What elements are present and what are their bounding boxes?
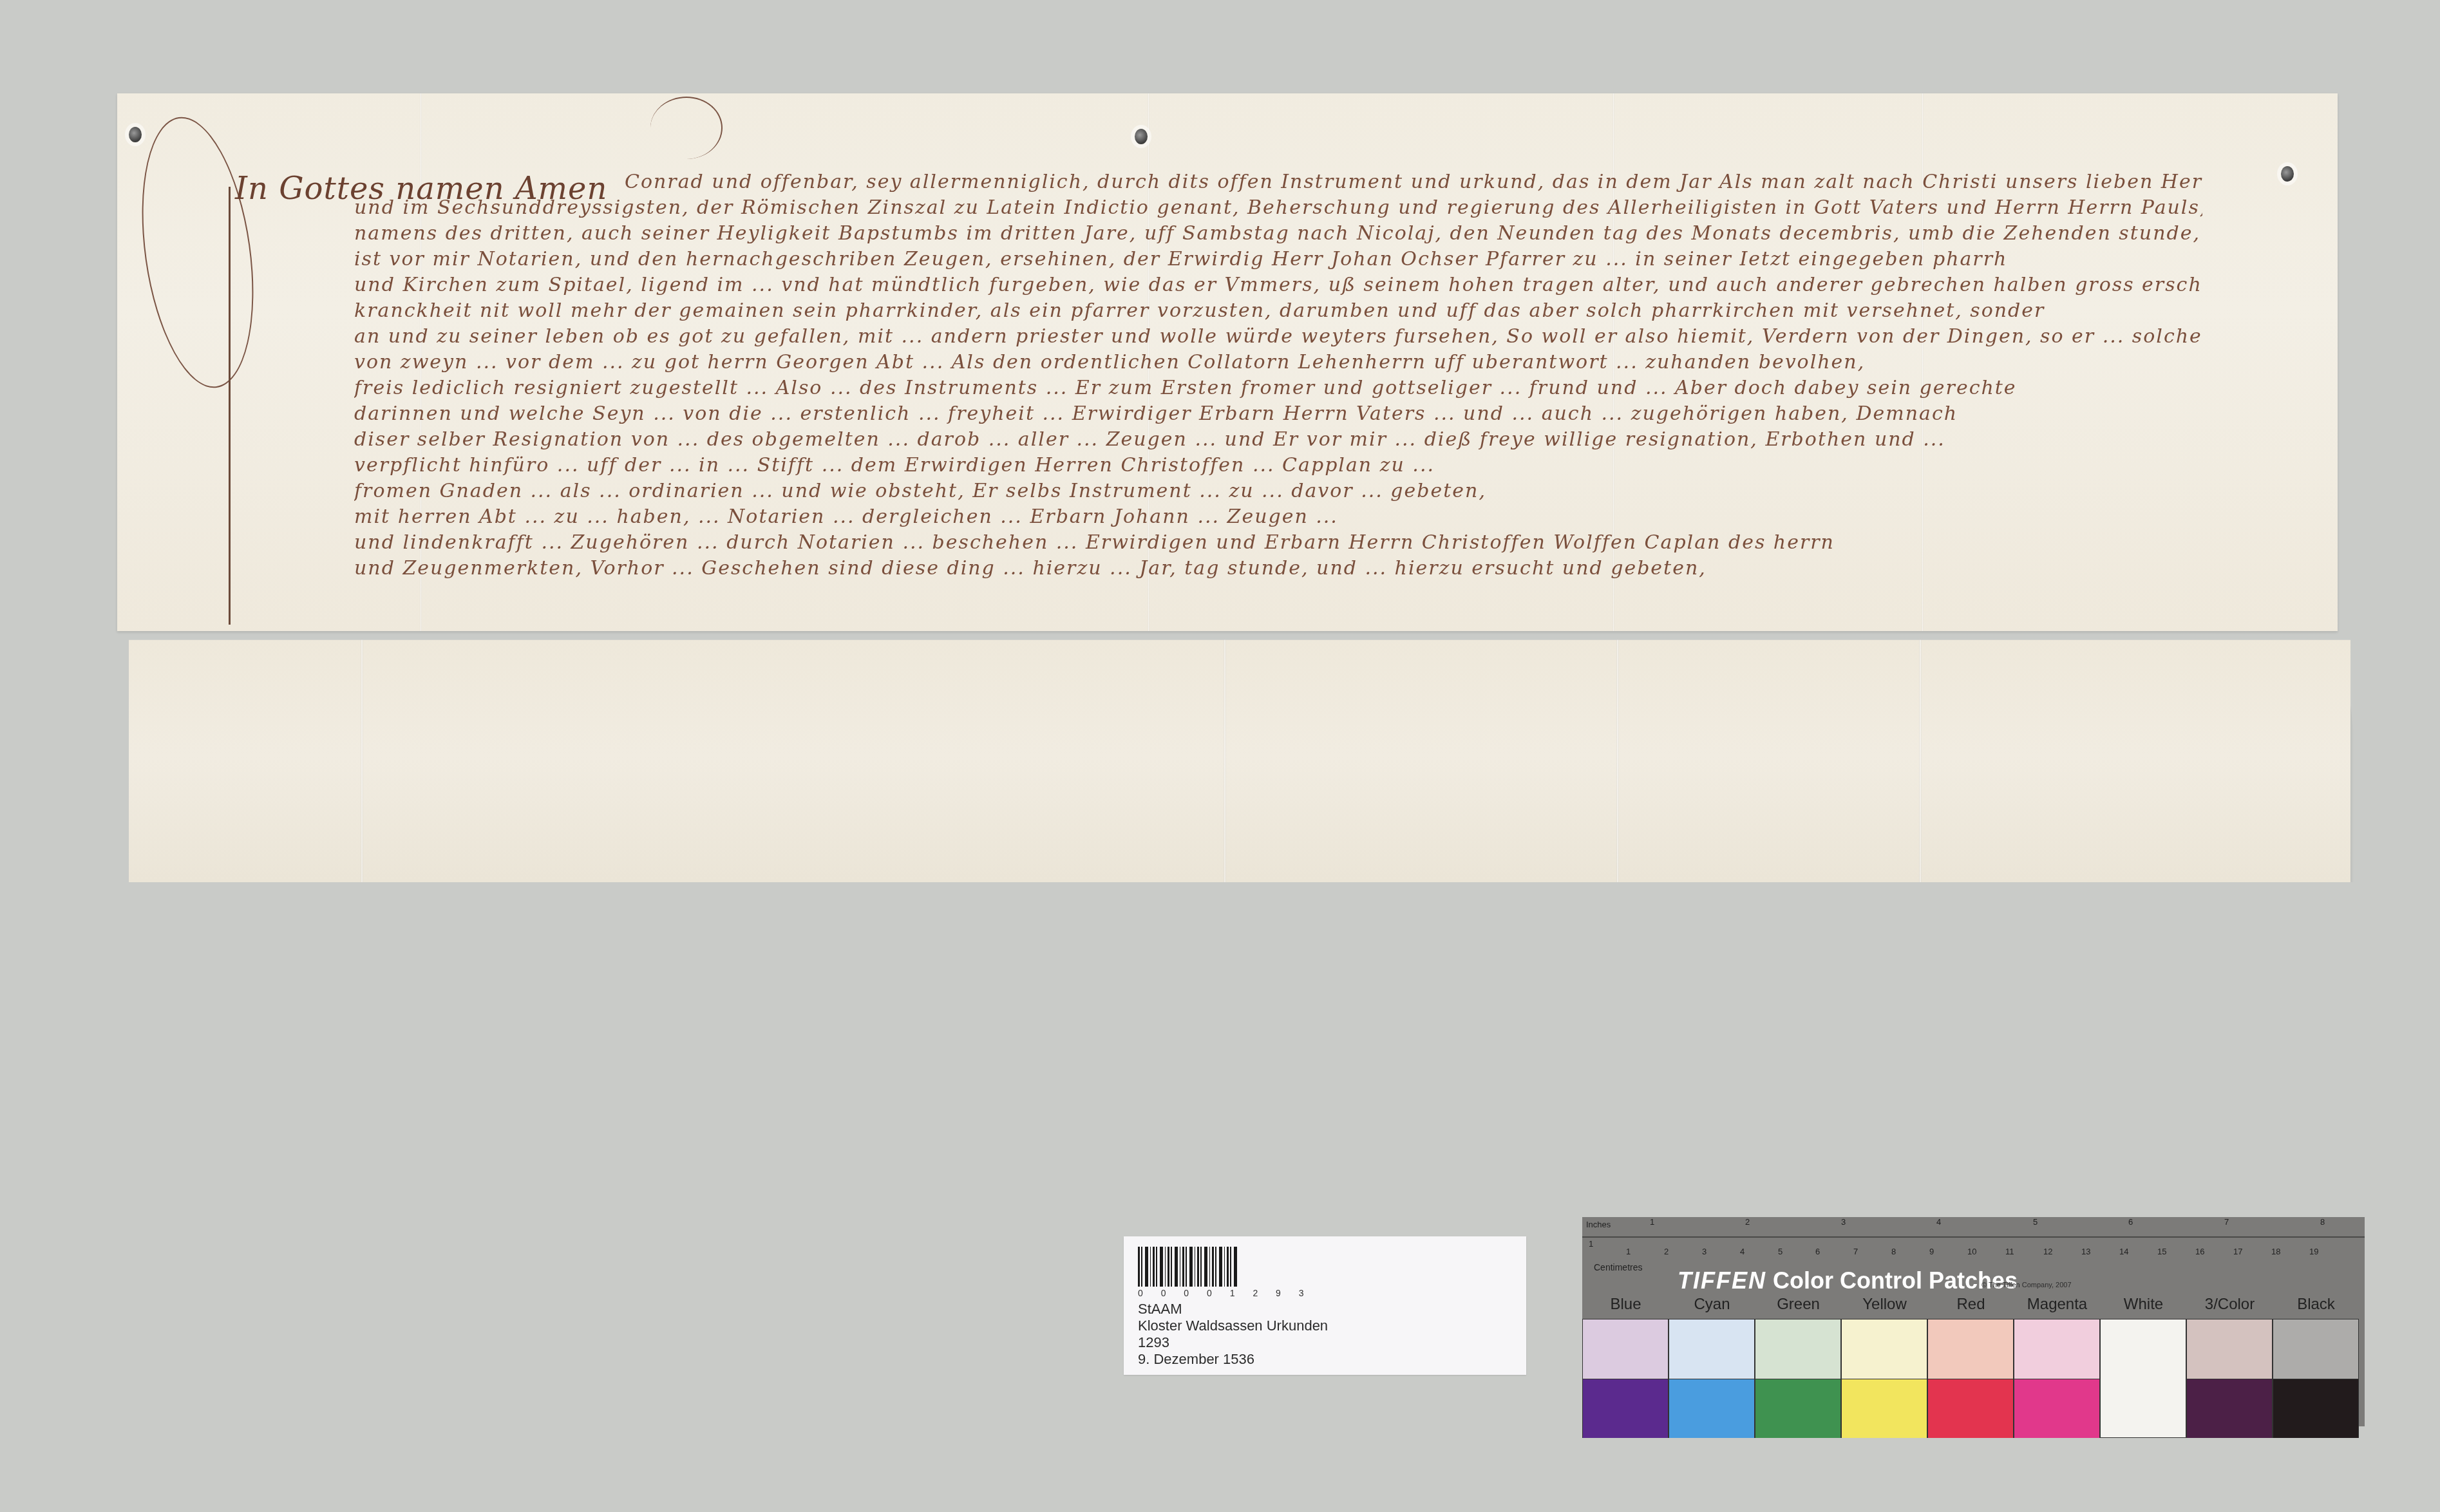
swatch-labels: Blue Cyan Green Yellow Red Magenta White… [1582,1296,2365,1318]
fold-crease [1616,630,1619,882]
cm-tick-label: 1 [1626,1247,1631,1256]
centimetre-ruler: 1 1 2 3 4 5 6 7 8 9 10 11 12 13 14 15 16… [1582,1238,2365,1260]
fold-crease [1919,630,1922,882]
cm-tick-label: 2 [1664,1247,1669,1256]
patch-saturated [1669,1379,1754,1439]
swatch-label: 3/Color [2186,1296,2273,1314]
patch-saturated [2101,1379,2186,1438]
cm-tick-label: 4 [1740,1247,1745,1256]
ruler-inches-label: Inches [1586,1220,1611,1229]
cm-tick-label: 13 [2081,1247,2090,1256]
copyright-text: © The Tiffen Company, 2007 [1981,1281,2072,1289]
script-line: diser selber Resignation von ... des obg… [354,428,2202,454]
cm-tick-label: 11 [2005,1247,2014,1256]
script-line: kranckheit nit woll mehr der gemainen se… [354,299,2202,325]
patch-light [1669,1319,1754,1379]
cm-tick-label: 12 [2043,1247,2052,1256]
swatch-label: Blue [1582,1296,1669,1314]
swatch-label: Magenta [2014,1296,2101,1314]
cm-tick-label: 8 [1891,1247,1896,1256]
swatch-label: Red [1927,1296,2014,1314]
mounting-grommet-icon [1135,129,1148,144]
patch-light [2101,1319,2186,1379]
patch-light [1928,1319,2013,1379]
inch-tick-label: 5 [2033,1217,2038,1227]
label-text: StAAM Kloster Waldsassen Urkunden 1293 9… [1138,1301,1328,1368]
patch-saturated [1842,1379,1927,1439]
color-patch-white [2100,1319,2186,1438]
cm-tick-label: 18 [2271,1247,2280,1256]
patch-saturated [2187,1379,2272,1439]
script-line: verpflicht hinfüro ... uff der ... in ..… [354,454,2202,480]
initial-flourish-icon [650,97,723,159]
patch-light [1842,1319,1927,1379]
charter-plica [129,630,2350,882]
document-date: 9. Dezember 1536 [1138,1351,1328,1368]
patch-light [2273,1319,2358,1379]
inch-tick-label: 4 [1936,1217,1941,1227]
script-line: mit herren Abt ... zu ... haben, ... Not… [354,506,2202,531]
script-line: namens des dritten, auch seiner Heyligke… [354,222,2202,248]
cm-tick-label: 19 [2309,1247,2318,1256]
barcode-number: 0 0 0 0 1 2 9 3 [1138,1288,1312,1298]
cm-tick-label: 6 [1815,1247,1820,1256]
fold-crease [361,630,363,882]
color-patch-black [2273,1319,2359,1438]
patch-saturated [1755,1379,1840,1439]
patch-light [1583,1319,1668,1379]
color-patch-yellow [1841,1319,1927,1438]
swatch-label: Green [1755,1296,1842,1314]
mounting-grommet-icon [2281,166,2294,182]
color-patch-blue [1582,1319,1669,1438]
cm-tick-label: 1 [1589,1239,1593,1249]
cm-tick-label: 3 [1702,1247,1707,1256]
chart-title-text: Color Control Patches [1773,1267,2018,1294]
charter-text-block: Conrad und offenbar, sey allermenniglich… [354,171,2202,583]
script-line: und Zeugenmerkten, Vorhor ... Geschehen … [354,557,2202,583]
cm-tick-label: 16 [2195,1247,2204,1256]
swatch-label: Black [2273,1296,2360,1314]
swatch-label: Cyan [1669,1296,1755,1314]
script-line: freis lediclich resigniert zugestellt ..… [354,377,2202,402]
mounting-grommet-icon [129,127,142,142]
collection-name: Kloster Waldsassen Urkunden [1138,1318,1328,1334]
swatch-label: Yellow [1841,1296,1928,1314]
patch-saturated [2273,1379,2358,1439]
script-line: und im Sechsunddreyssigsten, der Römisch… [354,196,2202,222]
inch-tick-label: 8 [2320,1217,2325,1227]
inch-tick-label: 7 [2224,1217,2229,1227]
color-patch-green [1755,1319,1841,1438]
cm-tick-label: 5 [1778,1247,1783,1256]
barcode-icon [1138,1247,1238,1287]
archive-name: StAAM [1138,1301,1328,1318]
fold-crease [1224,630,1226,882]
script-line: Conrad und offenbar, sey allermenniglich… [625,171,2202,196]
script-line: an und zu seiner leben ob es got zu gefa… [354,325,2202,351]
inch-tick-label: 1 [1650,1217,1654,1227]
archive-label: 0 0 0 0 1 2 9 3 StAAM Kloster Waldsassen… [1124,1236,1526,1375]
patch-light [1755,1319,1840,1379]
color-patch-magenta [2014,1319,2100,1438]
initial-letter-stem [229,187,340,625]
document-number: 1293 [1138,1334,1328,1351]
cm-tick-label: 15 [2157,1247,2166,1256]
cm-tick-label: 7 [1853,1247,1858,1256]
script-line: fromen Gnaden ... als ... ordinarien ...… [354,480,2202,506]
swatch-label: White [2100,1296,2187,1314]
brand-logo: TIFFEN [1678,1267,1766,1294]
inch-tick-label: 3 [1841,1217,1846,1227]
cm-tick-label: 14 [2119,1247,2128,1256]
cm-tick-label: 17 [2233,1247,2242,1256]
patch-light [2187,1319,2272,1379]
inch-ruler: Inches 1 2 3 4 5 6 7 8 [1582,1217,2365,1238]
script-line: und Kirchen zum Spitael, ligend im ... v… [354,274,2202,299]
inch-tick-label: 2 [1745,1217,1750,1227]
script-line: von zweyn ... vor dem ... zu got herrn G… [354,351,2202,377]
patch-saturated [1583,1379,1668,1439]
color-patch-cyan [1669,1319,1755,1438]
patch-light [2014,1319,2099,1379]
color-patches [1582,1319,2365,1438]
color-patch-red [1927,1319,2014,1438]
script-line: darinnen und welche Seyn ... von die ...… [354,402,2202,428]
inch-tick-label: 6 [2128,1217,2133,1227]
patch-saturated [2014,1379,2099,1439]
color-patch-3-color [2186,1319,2273,1438]
cm-tick-label: 9 [1929,1247,1934,1256]
script-line: ist vor mir Notarien, und den hernachges… [354,248,2202,274]
script-line: und lindenkrafft ... Zugehören ... durch… [354,531,2202,557]
cm-tick-label: 10 [1967,1247,1976,1256]
chart-title: TIFFEN Color Control Patches [1678,1267,2018,1294]
patch-saturated [1928,1379,2013,1439]
ruler-centimetres-label: Centimetres [1594,1262,1642,1272]
